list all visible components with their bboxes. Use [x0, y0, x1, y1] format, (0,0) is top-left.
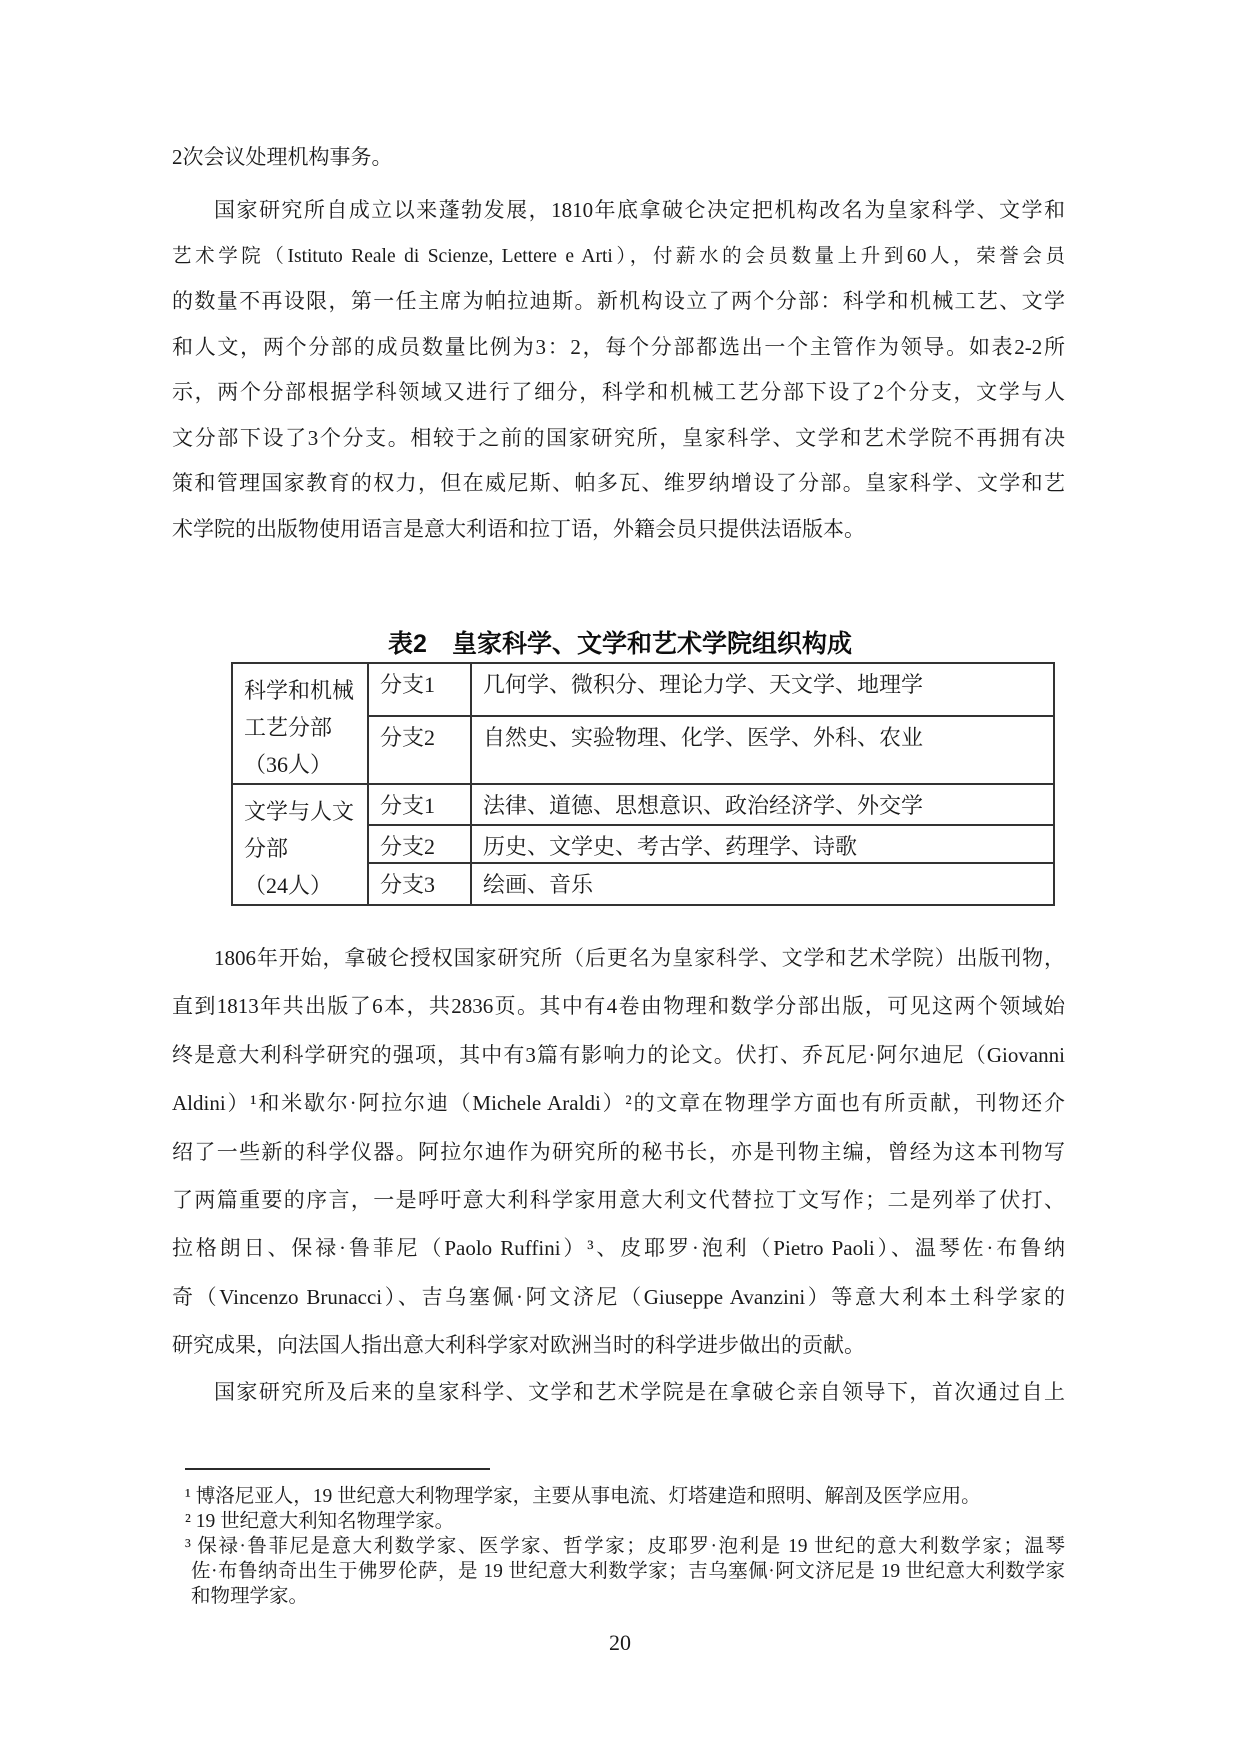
text-line: 和人文，两个分部的成员数量比例为3：2，每个分部都选出一个主管作为领导。如表2-…: [172, 325, 1065, 371]
subjects-cell: 历史、文学史、考古学、药理学、诗歌: [471, 825, 1054, 864]
footnote-line: ¹ 博洛尼亚人，19 世纪意大利物理学家，主要从事电流、灯塔建造和照明、解剖及医…: [185, 1484, 1065, 1509]
label-line: 文学与人文: [244, 793, 359, 830]
text-line: 拉格朗日、保禄·鲁菲尼（Paolo Ruffini）³、皮耶罗·泡利（Pietr…: [172, 1224, 1065, 1272]
document-page: 2次会议处理机构事务。国家研究所自成立以来蓬勃发展，1810年底拿破仑决定把机构…: [0, 0, 1240, 1753]
label-line: 工艺分部: [244, 709, 359, 746]
text-line: 研究成果，向法国人指出意大利科学家对欧洲当时的科学进步做出的贡献。: [172, 1321, 1065, 1369]
text-line: 艺术学院（Istituto Reale di Scienze, Lettere …: [172, 234, 1065, 280]
text-line: 了两篇重要的序言，一是呼吁意大利科学家用意大利文代替拉丁文写作；二是列举了伏打、: [172, 1176, 1065, 1224]
subjects-cell: 几何学、微积分、理论力学、天文学、地理学: [471, 663, 1054, 716]
label-line: （24人）: [244, 867, 359, 904]
text-line: 终是意大利科学研究的强项，其中有3篇有影响力的论文。伏打、乔瓦尼·阿尔迪尼（Gi…: [172, 1031, 1065, 1079]
page-number: 20: [0, 1630, 1240, 1656]
footnote-line: 和物理学家。: [185, 1584, 1065, 1609]
text-line: 绍了一些新的科学仪器。阿拉尔迪作为研究所的秘书长，亦是刊物主编，曾经为这本刊物写: [172, 1128, 1065, 1176]
text-line: 奇（Vincenzo Brunacci）、吉乌塞佩·阿文济尼（Giuseppe …: [172, 1273, 1065, 1321]
subjects-cell: 自然史、实验物理、化学、医学、外科、农业: [471, 716, 1054, 784]
org-table: 科学和机械工艺分部（36人）分支1几何学、微积分、理论力学、天文学、地理学分支2…: [231, 662, 1055, 906]
text-line: 直到1813年共出版了6本，共2836页。其中有4卷由物理和数学分部出版，可见这…: [172, 982, 1065, 1030]
text-line: 策和管理国家教育的权力，但在威尼斯、帕多瓦、维罗纳增设了分部。皇家科学、文学和艺: [172, 461, 1065, 507]
paragraph: 国家研究所自成立以来蓬勃发展，1810年底拿破仑决定把机构改名为皇家科学、文学和…: [172, 188, 1065, 552]
text-line: Aldini）¹和米歇尔·阿拉尔迪（Michele Araldi）²的文章在物理…: [172, 1079, 1065, 1127]
text-line: 1806年开始，拿破仑授权国家研究所（后更名为皇家科学、文学和艺术学院）出版刊物…: [172, 934, 1065, 982]
label-line: （36人）: [244, 746, 359, 783]
table-caption: 表2 皇家科学、文学和艺术学院组织构成: [0, 630, 1240, 658]
table-row: 科学和机械工艺分部（36人）分支1几何学、微积分、理论力学、天文学、地理学: [232, 663, 1054, 716]
branch-cell: 分支2: [368, 716, 471, 784]
branch-cell: 分支3: [368, 863, 471, 905]
footnote-line: ³ 保禄·鲁菲尼是意大利数学家、医学家、哲学家；皮耶罗·泡利是 19 世纪的意大…: [185, 1534, 1065, 1559]
paragraph: 2次会议处理机构事务。: [172, 135, 1065, 181]
branch-cell: 分支2: [368, 825, 471, 864]
paragraph: 国家研究所及后来的皇家科学、文学和艺术学院是在拿破仑亲自领导下，首次通过自上: [172, 1370, 1065, 1416]
footnote-separator: [185, 1468, 490, 1470]
subjects-cell: 绘画、音乐: [471, 863, 1054, 905]
text-line: 文分部下设了3个分支。相较于之前的国家研究所，皇家科学、文学和艺术学院不再拥有决: [172, 416, 1065, 462]
text-line: 国家研究所自成立以来蓬勃发展，1810年底拿破仑决定把机构改名为皇家科学、文学和: [172, 188, 1065, 234]
label-line: 科学和机械: [244, 672, 359, 709]
paragraph: 1806年开始，拿破仑授权国家研究所（后更名为皇家科学、文学和艺术学院）出版刊物…: [172, 934, 1065, 1370]
text-line: 国家研究所及后来的皇家科学、文学和艺术学院是在拿破仑亲自领导下，首次通过自上: [172, 1370, 1065, 1416]
text-line: 的数量不再设限，第一任主席为帕拉迪斯。新机构设立了两个分部：科学和机械工艺、文学: [172, 279, 1065, 325]
label-line: 分部: [244, 830, 359, 867]
footnote-line: ² 19 世纪意大利知名物理学家。: [185, 1509, 1065, 1534]
branch-cell: 分支1: [368, 784, 471, 825]
footnotes: ¹ 博洛尼亚人，19 世纪意大利物理学家，主要从事电流、灯塔建造和照明、解剖及医…: [185, 1484, 1065, 1609]
division-label-cell: 科学和机械工艺分部（36人）: [232, 663, 368, 784]
text-line: 示，两个分部根据学科领域又进行了细分，科学和机械工艺分部下设了2个分支，文学与人: [172, 370, 1065, 416]
division-label-cell: 文学与人文分部（24人）: [232, 784, 368, 905]
footnote-line: 佐·布鲁纳奇出生于佛罗伦萨，是 19 世纪意大利数学家；吉乌塞佩·阿文济尼是 1…: [185, 1559, 1065, 1584]
table-row: 文学与人文分部（24人）分支1法律、道德、思想意识、政治经济学、外交学: [232, 784, 1054, 825]
branch-cell: 分支1: [368, 663, 471, 716]
subjects-cell: 法律、道德、思想意识、政治经济学、外交学: [471, 784, 1054, 825]
text-line: 2次会议处理机构事务。: [172, 135, 1065, 181]
text-line: 术学院的出版物使用语言是意大利语和拉丁语，外籍会员只提供法语版本。: [172, 507, 1065, 553]
